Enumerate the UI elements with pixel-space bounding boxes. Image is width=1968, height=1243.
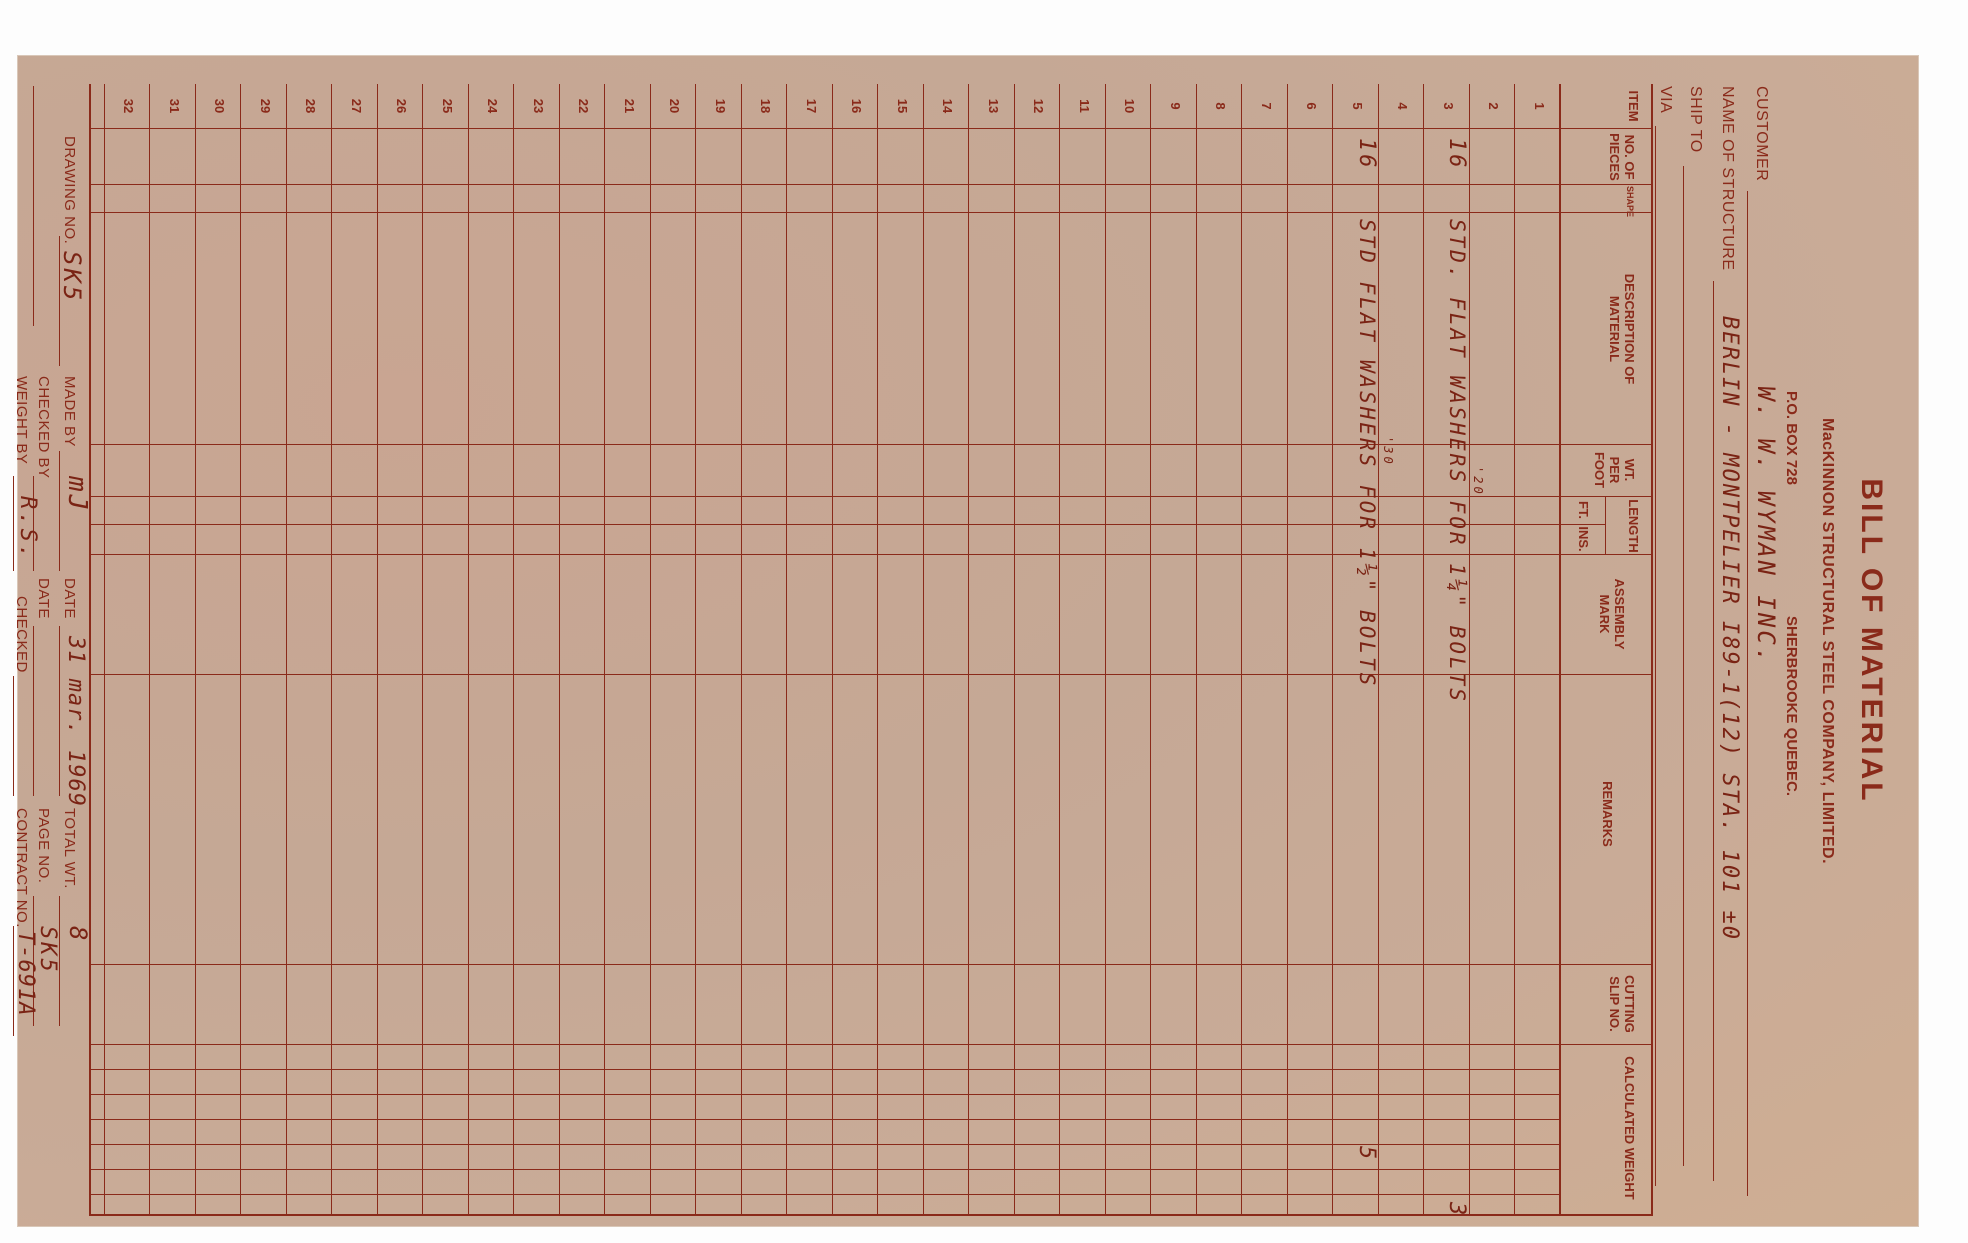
col-divider <box>91 1119 1561 1120</box>
row-number: 18 <box>759 84 774 128</box>
via-field: VIA <box>1656 86 1674 113</box>
row-line <box>423 84 424 1214</box>
customer-field: CUSTOMER <box>1752 86 1770 181</box>
row-number: 25 <box>440 84 455 128</box>
row-5-pieces: 16 <box>1354 138 1379 171</box>
row-line <box>1469 84 1470 1214</box>
row-line <box>696 84 697 1214</box>
row-line <box>741 84 742 1214</box>
customer-label: CUSTOMER <box>1752 86 1770 181</box>
weight-by-underline <box>13 476 14 571</box>
row-number: 27 <box>349 84 364 128</box>
col-divider <box>91 1069 1561 1070</box>
page-no-label: PAGE NO. <box>35 808 52 883</box>
row-5-wt-note: '30 <box>1381 436 1395 467</box>
contract-no-value: T-691A <box>13 931 38 1016</box>
row-number: 1 <box>1532 84 1547 128</box>
company-city: SHERBROOKE QUEBEC. <box>1783 616 1800 796</box>
row-number: 10 <box>1123 84 1138 128</box>
row-line <box>923 84 924 1214</box>
made-by-value: mJ <box>62 476 92 513</box>
row-number: 7 <box>1259 84 1274 128</box>
ship-to-label: SHIP TO <box>1686 86 1704 153</box>
col-header-pieces: NO. OF PIECES <box>1607 132 1637 182</box>
row-line <box>286 84 287 1214</box>
date2-label: DATE <box>35 578 52 619</box>
col-divider <box>91 184 1651 185</box>
row-line <box>150 84 151 1214</box>
row-line <box>241 84 242 1214</box>
row-line <box>104 84 105 1214</box>
drawing-no-label: DRAWING NO. <box>61 136 78 244</box>
row-number: 24 <box>486 84 501 128</box>
col-divider <box>91 964 1651 965</box>
ship-to-underline <box>1683 166 1684 1166</box>
row-number: 16 <box>850 84 865 128</box>
col-divider <box>91 554 1651 555</box>
drawing-no-underline <box>59 236 60 366</box>
structure-field: NAME OF STRUCTURE <box>1718 86 1736 271</box>
row-number: 4 <box>1396 84 1411 128</box>
row-number: 6 <box>1305 84 1320 128</box>
row-line <box>1151 84 1152 1214</box>
col-divider <box>91 128 1651 129</box>
row-number: 21 <box>622 84 637 128</box>
page-no-value: SK5 <box>35 926 60 975</box>
contract-no-underline <box>13 926 14 1036</box>
col-divider <box>91 212 1651 213</box>
length-divider <box>1605 496 1606 554</box>
row-line <box>1287 84 1288 1214</box>
col-divider <box>91 496 1651 497</box>
row-number: 22 <box>577 84 592 128</box>
col-divider <box>91 1044 1651 1045</box>
weight-by-label: WEIGHT BY <box>13 376 30 464</box>
col-header-ins: INS. <box>1576 525 1591 553</box>
row-line <box>195 84 196 1214</box>
row-number: 14 <box>941 84 956 128</box>
row-line <box>1515 84 1516 1214</box>
po-box: P.O. BOX 728 <box>1783 391 1800 485</box>
row-number: 8 <box>1214 84 1229 128</box>
total-wt-label: TOTAL WT. <box>61 808 78 889</box>
row-line <box>969 84 970 1214</box>
row-number: 29 <box>258 84 273 128</box>
structure-underline <box>1713 281 1714 1181</box>
drawing-no-second-line <box>33 86 34 326</box>
col-divider <box>91 1169 1561 1170</box>
row-line <box>1333 84 1334 1214</box>
row-number: 2 <box>1487 84 1502 128</box>
col-divider <box>91 1094 1561 1095</box>
col-header-cutting-slip: CUTTING SLIP NO. <box>1607 968 1637 1040</box>
row-number: 12 <box>1032 84 1047 128</box>
bill-of-material-form: BILL OF MATERIAL MacKINNON STRUCTURAL ST… <box>18 56 1918 1226</box>
row-line <box>332 84 333 1214</box>
via-label: VIA <box>1656 86 1674 113</box>
date1-underline <box>59 626 60 796</box>
row-line <box>377 84 378 1214</box>
row-line <box>832 84 833 1214</box>
col-header-assembly-mark: ASSEMBLY MARK <box>1597 564 1627 664</box>
drawing-no-value: SK5 <box>58 251 86 303</box>
row-5-calculated-weight: 5 <box>1354 1146 1379 1162</box>
row-number: 3 <box>1441 84 1456 128</box>
row-number: 31 <box>167 84 182 128</box>
made-by-label: MADE BY <box>61 376 78 447</box>
row-number: 13 <box>986 84 1001 128</box>
row-3-description: STD. FLAT WASHERS FOR 1¼" BOLTS <box>1445 219 1469 704</box>
col-header-shape: SHAPE <box>1622 186 1637 210</box>
col-header-ft: FT. <box>1576 496 1591 524</box>
row-line <box>878 84 879 1214</box>
row-line <box>1014 84 1015 1214</box>
row-number: 17 <box>804 84 819 128</box>
row-line <box>559 84 560 1214</box>
customer-underline <box>1747 191 1748 1196</box>
scanned-page: BILL OF MATERIAL MacKINNON STRUCTURAL ST… <box>18 56 1918 1226</box>
via-underline <box>1655 126 1656 1186</box>
row-number: 26 <box>395 84 410 128</box>
col-header-length: LENGTH <box>1626 498 1641 554</box>
company-name: MacKINNON STRUCTURAL STEEL COMPANY, LIMI… <box>1818 56 1836 1226</box>
row-number: 32 <box>122 84 137 128</box>
row-number: 9 <box>1168 84 1183 128</box>
row-3-calculated-weight: 3 <box>1444 1202 1469 1218</box>
row-number: 15 <box>895 84 910 128</box>
row-line <box>1424 84 1425 1214</box>
checked-by-label: CHECKED BY <box>35 376 52 479</box>
form-title: BILL OF MATERIAL <box>1854 56 1888 1226</box>
row-line <box>468 84 469 1214</box>
col-header-wt-per-foot: WT. PER FOOT <box>1592 446 1637 494</box>
col-header-calculated-weight: CALCULATED WEIGHT <box>1622 1048 1637 1208</box>
date1-value: 31 mar. 1969 <box>63 636 88 807</box>
row-number: 28 <box>304 84 319 128</box>
header-bottom-rule <box>1559 84 1561 1214</box>
row-3-wt-note: '20 <box>1471 466 1485 497</box>
row-line <box>514 84 515 1214</box>
row-line <box>1105 84 1106 1214</box>
row-line <box>650 84 651 1214</box>
row-number: 5 <box>1350 84 1365 128</box>
checked-label: CHECKED <box>13 596 30 673</box>
customer-value: W. W. WYMAN INC. <box>1752 386 1780 665</box>
row-number: 19 <box>713 84 728 128</box>
weight-by-value: R.S. <box>15 496 40 561</box>
date1-label: DATE <box>61 578 78 619</box>
col-header-item: ITEM <box>1626 86 1641 126</box>
row-number: 30 <box>213 84 228 128</box>
col-header-description: DESCRIPTION OF MATERIAL <box>1607 264 1637 394</box>
row-number: 23 <box>531 84 546 128</box>
ship-to-field: SHIP TO <box>1686 86 1704 153</box>
made-by-underline <box>59 451 60 571</box>
row-line <box>1060 84 1061 1214</box>
row-line <box>605 84 606 1214</box>
material-table: ITEM NO. OF PIECES SHAPE DESCRIPTION OF … <box>89 84 1653 1216</box>
structure-label: NAME OF STRUCTURE <box>1718 86 1736 271</box>
col-header-remarks: REMARKS <box>1600 764 1615 864</box>
col-divider <box>91 444 1651 445</box>
row-line <box>1196 84 1197 1214</box>
row-line <box>1242 84 1243 1214</box>
structure-value: BERLIN - MONTPELIER I89-1(12) STA. 101 ±… <box>1717 316 1742 941</box>
col-divider <box>91 1194 1561 1195</box>
row-3-pieces: 16 <box>1444 138 1469 171</box>
row-number: 20 <box>668 84 683 128</box>
checked-underline <box>13 676 14 796</box>
row-number: 11 <box>1077 84 1092 128</box>
col-divider <box>91 674 1651 675</box>
col-divider <box>91 1144 1561 1145</box>
row-line <box>787 84 788 1214</box>
date2-underline <box>33 626 34 796</box>
total-wt-value: 8 <box>64 926 92 943</box>
row-5-description: STD FLAT WASHERS FOR 1½" BOLTS <box>1355 219 1379 688</box>
contract-no-label: CONTRACT NO. <box>13 808 30 928</box>
